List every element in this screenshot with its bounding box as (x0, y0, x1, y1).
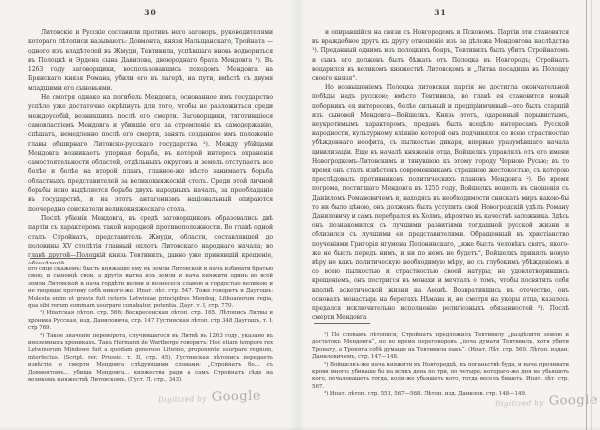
footnote-separator-right (314, 323, 370, 324)
paragraph: Не смотря однако на погибель Мендовга, о… (28, 93, 273, 214)
page-30: 30 Литовскіе и Русскіе составили противъ… (28, 6, 273, 426)
page-edge-line (586, 0, 587, 430)
google-watermark-right: Digitized by Google (495, 389, 598, 411)
book-scan: 30 Литовскіе и Русскіе составили противъ… (0, 0, 600, 430)
main-text-right: и опиравшійся на связи съ Новгородомъ и … (312, 28, 569, 320)
page-number-right: 31 (312, 8, 569, 17)
google-watermark-left: Digitized by Google (158, 385, 261, 407)
page-31: 31 и опиравшійся на связи съ Новгородомъ… (312, 6, 569, 426)
footnotes-left: его сице скажемъ: бысть княжащю ему въ з… (28, 266, 273, 398)
google-logo-text: Google (212, 389, 262, 405)
footnote-separator-left (30, 258, 96, 259)
page-gutter-shadow (288, 0, 306, 430)
paragraph: Литовскіе и Русскіе составили противъ не… (28, 28, 273, 93)
main-text-left: Литовскіе и Русскіе составили противъ не… (28, 28, 273, 264)
bottom-scan-shadow (0, 426, 600, 430)
footnote-continuation: его сице скажемъ: бысть княжащю ему въ з… (28, 266, 273, 310)
footnote-1: ¹) По словамъ лѣтописи, Стройнатъ предло… (312, 332, 569, 362)
footnote-2: ²) Войшелкъ-же нача княжити въ Новгородц… (312, 362, 569, 392)
watermark-prefix: Digitized by (495, 399, 544, 408)
watermark-prefix: Digitized by (158, 395, 207, 404)
paragraph: Послѣ убіенія Мендовга, въ средѣ заговор… (28, 214, 273, 264)
page-number-left: 30 (28, 8, 273, 17)
footnote-2: ²) Такое значеніе переворота, случившаго… (28, 333, 273, 385)
paragraph: Но возвышеніемъ Полоцка литовская партія… (312, 83, 569, 320)
paragraph: и опиравшійся на связи съ Новгородомъ и … (312, 28, 569, 83)
page-edge-line-outer (591, 0, 592, 430)
footnote-1: ¹) Ипатская лѣтоп. стр. 566; Воскресенск… (28, 310, 273, 332)
